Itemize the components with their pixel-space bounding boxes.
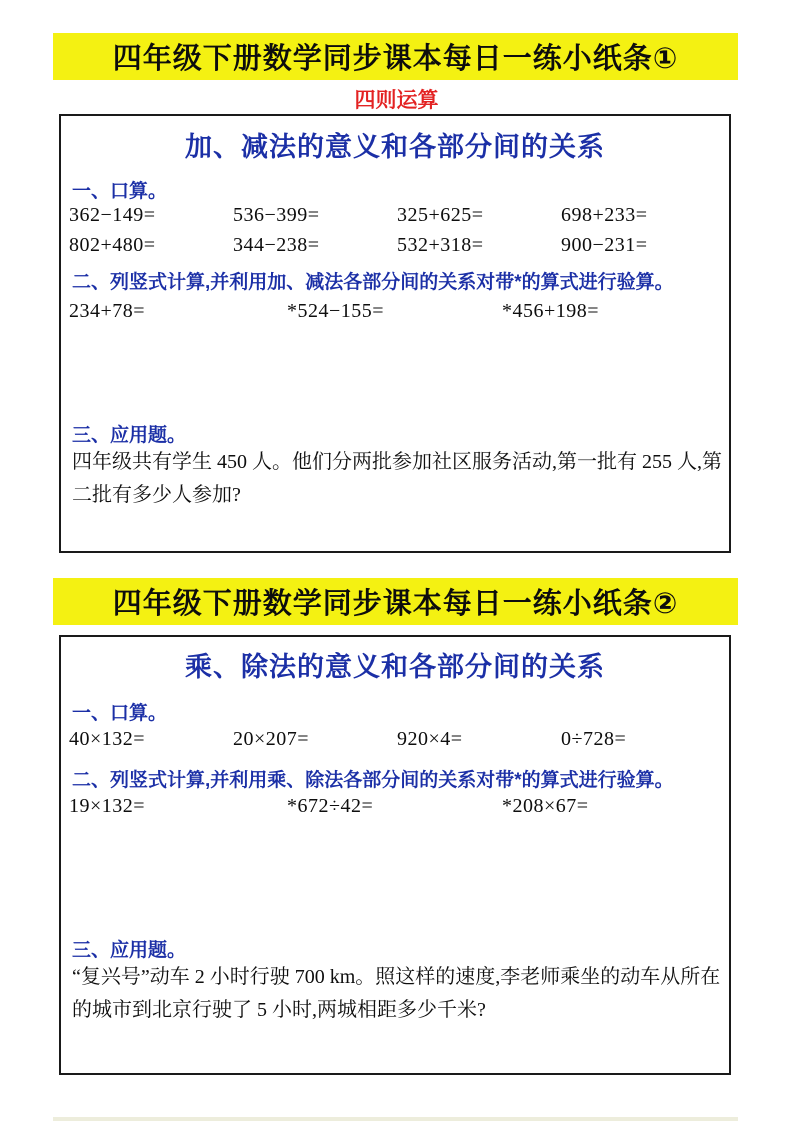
equation: 20×207=	[233, 728, 309, 751]
equation: *672÷42=	[287, 795, 373, 818]
equation: 536−399=	[233, 204, 320, 227]
sheet2-box: 乘、除法的意义和各部分间的关系 一、口算。 40×132= 20×207= 92…	[59, 635, 731, 1075]
equation: 40×132=	[69, 728, 145, 751]
next-page-banner-sliver	[53, 1117, 738, 1121]
sheet2-word-problem: “复兴号”动车 2 小时行驶 700 km。照这样的速度,李老师乘坐的动车从所在…	[72, 961, 722, 1027]
sheet1-section3-label: 三、应用题。	[72, 420, 186, 447]
sheet1-section2-label: 二、列竖式计算,并利用加、减法各部分间的关系对带*的算式进行验算。	[72, 267, 674, 294]
equation: 325+625=	[397, 204, 484, 227]
equation: *208×67=	[502, 795, 589, 818]
equation: 234+78=	[69, 300, 145, 323]
equation: 362−149=	[69, 204, 156, 227]
equation: *456+198=	[502, 300, 599, 323]
equation: *524−155=	[287, 300, 384, 323]
equation: 0÷728=	[561, 728, 626, 751]
sheet1-box-title: 加、减法的意义和各部分间的关系	[61, 125, 729, 164]
equation: 920×4=	[397, 728, 463, 751]
sheet2-section1-label: 一、口算。	[72, 698, 167, 725]
sheet2-section2-label: 二、列竖式计算,并利用乘、除法各部分间的关系对带*的算式进行验算。	[72, 765, 674, 792]
equation: 802+480=	[69, 234, 156, 257]
sheet1-section1-label: 一、口算。	[72, 176, 167, 203]
equation: 344−238=	[233, 234, 320, 257]
sheet2-oral-row-1: 40×132= 20×207= 920×4= 0÷728=	[61, 728, 729, 754]
sheet1-banner-title: 四年级下册数学同步课本每日一练小纸条①	[53, 33, 738, 80]
sheet2-box-title: 乘、除法的意义和各部分间的关系	[61, 645, 729, 684]
sheet2-written-row: 19×132= *672÷42= *208×67=	[61, 795, 729, 821]
equation: 19×132=	[69, 795, 145, 818]
sheet1-word-problem: 四年级共有学生 450 人。他们分两批参加社区服务活动,第一批有 255 人,第…	[72, 446, 722, 512]
sheet1-box: 加、减法的意义和各部分间的关系 一、口算。 362−149= 536−399= …	[59, 114, 731, 553]
equation: 698+233=	[561, 204, 648, 227]
sheet1-oral-row-2: 802+480= 344−238= 532+318= 900−231=	[61, 234, 729, 260]
equation: 900−231=	[561, 234, 648, 257]
sheet2-section3-label: 三、应用题。	[72, 935, 186, 962]
sheet1-subtitle: 四则运算	[0, 84, 793, 114]
sheet2-banner-title: 四年级下册数学同步课本每日一练小纸条②	[53, 578, 738, 625]
sheet1-oral-row-1: 362−149= 536−399= 325+625= 698+233=	[61, 204, 729, 230]
sheet1-written-row: 234+78= *524−155= *456+198=	[61, 300, 729, 326]
equation: 532+318=	[397, 234, 484, 257]
